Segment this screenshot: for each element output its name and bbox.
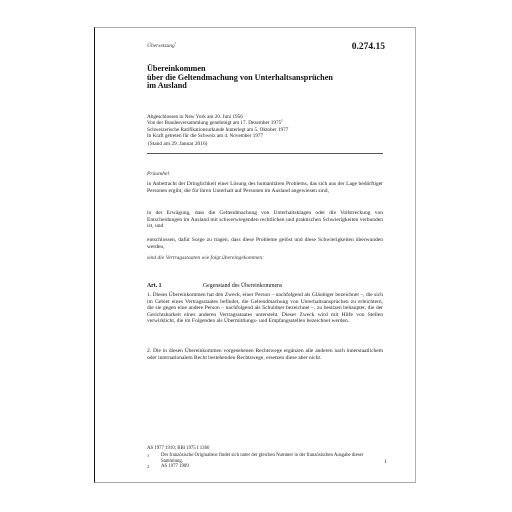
- preamble-closing: sind die Vertragsstaaten wie folgt übere…: [147, 255, 264, 261]
- divider: [147, 153, 383, 154]
- meta-line: Von der Bundesversammlung genehmigt am 1…: [147, 120, 288, 126]
- preamble-paragraph: in der Erwägung, dass die Geltendmachung…: [147, 210, 383, 230]
- article-heading: Art. 1Gegenstand des Übereinkommens: [147, 283, 282, 289]
- article-paragraph: 1. Dieses Übereinkommen hat den Zweck, e…: [147, 292, 383, 325]
- article-paragraph: 2. Die in diesen Übereinkommen vorgesehe…: [147, 348, 383, 361]
- footnote-number: 1: [147, 453, 161, 464]
- footnotes: 1 Der französische Originaltext findet s…: [147, 453, 383, 470]
- document-title: Übereinkommen über die Geltendmachung vo…: [147, 65, 333, 91]
- footnote-text: Der französische Originaltext findet sic…: [161, 453, 383, 464]
- meta-line: In Kraft getreten für die Schweiz am 4. …: [147, 133, 288, 139]
- document-page: Übersetzung1 0.274.15 Übereinkommen über…: [94, 27, 416, 483]
- status-date: (Stand am 29. Januar 2016): [148, 141, 207, 147]
- footnote-source: AS 1977 1910; BBl 1975 I 1366: [147, 446, 209, 451]
- document-meta: Abgeschlossen in New York am 20. Juni 19…: [147, 114, 288, 140]
- footnote-text: AS 1977 1909: [161, 464, 189, 470]
- sr-number: 0.274.15: [352, 42, 385, 52]
- preamble-heading: Präambel: [147, 171, 169, 177]
- title-line: im Ausland: [147, 82, 333, 91]
- footnote: 1 Der französische Originaltext findet s…: [147, 453, 383, 464]
- translation-label: Übersetzung1: [147, 43, 176, 49]
- footnote: 2 AS 1977 1909: [147, 464, 383, 470]
- article-title: Gegenstand des Übereinkommens: [203, 283, 282, 289]
- footnote-number: 2: [147, 464, 161, 470]
- page-number: 1: [384, 459, 387, 465]
- preamble-paragraph: in Anbetracht der Dringlichkeit einer Lö…: [147, 181, 383, 194]
- article-number: Art. 1: [147, 283, 203, 289]
- preamble-paragraph: entschlossen, dafür Sorge zu tragen, das…: [147, 237, 383, 250]
